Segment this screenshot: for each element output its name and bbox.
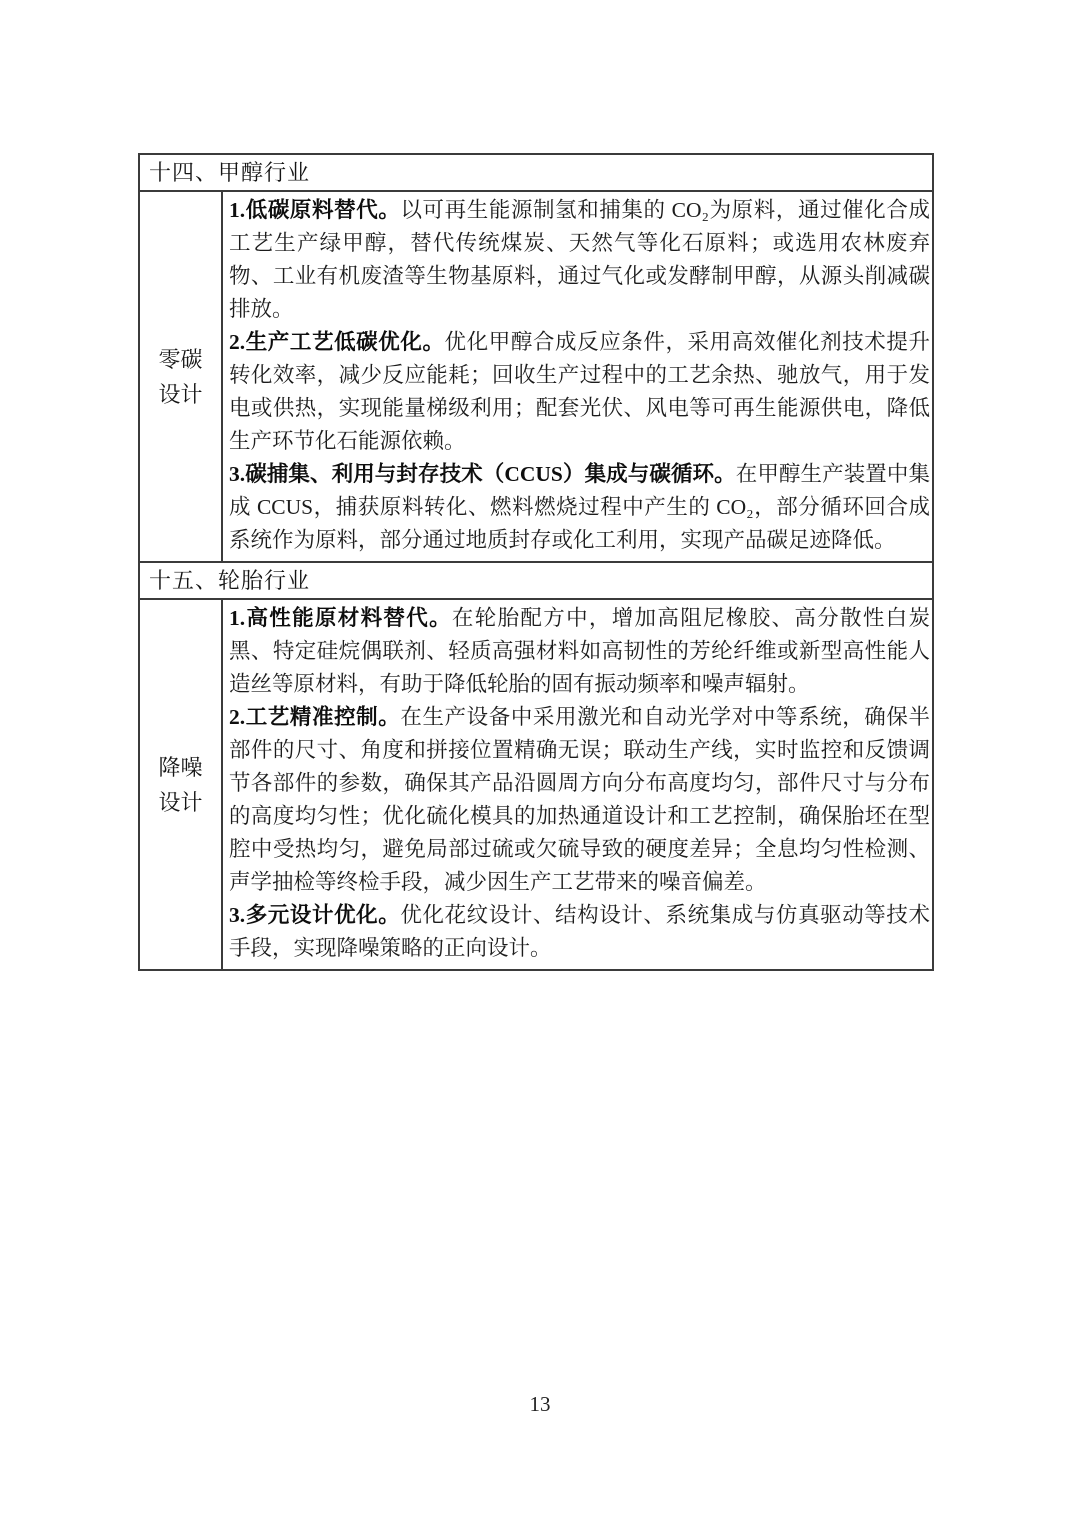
page-number: 13	[0, 1392, 1080, 1417]
row-label-zero-carbon-design: 零碳 设计	[140, 192, 223, 561]
row-label-noise-reduction-design: 降噪 设计	[140, 600, 223, 969]
measure-title: 3.碳捕集、利用与封存技术（CCUS）集成与碳循环。	[229, 462, 736, 486]
row-methanol: 零碳 设计 1.低碳原料替代。以可再生能源制氢和捕集的 CO₂为原料，通过催化合…	[140, 192, 932, 563]
document-page: 十四、甲醇行业 零碳 设计 1.低碳原料替代。以可再生能源制氢和捕集的 CO₂为…	[0, 0, 1080, 1527]
measure-title: 3.多元设计优化。	[229, 903, 400, 927]
measure-item: 2.生产工艺低碳优化。优化甲醇合成反应条件，采用高效催化剂技术提升转化效率，减少…	[229, 326, 930, 458]
section-header-methanol: 十四、甲醇行业	[140, 155, 932, 192]
row-tire: 降噪 设计 1.高性能原材料替代。在轮胎配方中，增加高阻尼橡胶、高分散性白炭黑、…	[140, 600, 932, 969]
measure-item: 2.工艺精准控制。在生产设备中采用激光和自动光学对中等系统，确保半部件的尺寸、角…	[229, 701, 930, 899]
section-header-tire: 十五、轮胎行业	[140, 563, 932, 600]
measure-item: 3.碳捕集、利用与封存技术（CCUS）集成与碳循环。在甲醇生产装置中集成 CCU…	[229, 458, 930, 557]
measure-title: 2.工艺精准控制。	[229, 705, 400, 729]
measure-title: 1.高性能原材料替代。	[229, 606, 452, 630]
measure-body: 在生产设备中采用激光和自动光学对中等系统，确保半部件的尺寸、角度和拼接位置精确无…	[229, 705, 930, 894]
measure-item: 3.多元设计优化。优化花纹设计、结构设计、系统集成与仿真驱动等技术手段，实现降噪…	[229, 899, 930, 965]
industry-measures-table: 十四、甲醇行业 零碳 设计 1.低碳原料替代。以可再生能源制氢和捕集的 CO₂为…	[138, 153, 934, 971]
cell-methanol-measures: 1.低碳原料替代。以可再生能源制氢和捕集的 CO₂为原料，通过催化合成工艺生产绿…	[223, 192, 932, 561]
measure-title: 2.生产工艺低碳优化。	[229, 330, 445, 354]
measure-item: 1.低碳原料替代。以可再生能源制氢和捕集的 CO₂为原料，通过催化合成工艺生产绿…	[229, 194, 930, 326]
measure-title: 1.低碳原料替代。	[229, 198, 400, 222]
cell-tire-measures: 1.高性能原材料替代。在轮胎配方中，增加高阻尼橡胶、高分散性白炭黑、特定硅烷偶联…	[223, 600, 932, 969]
measure-item: 1.高性能原材料替代。在轮胎配方中，增加高阻尼橡胶、高分散性白炭黑、特定硅烷偶联…	[229, 602, 930, 701]
